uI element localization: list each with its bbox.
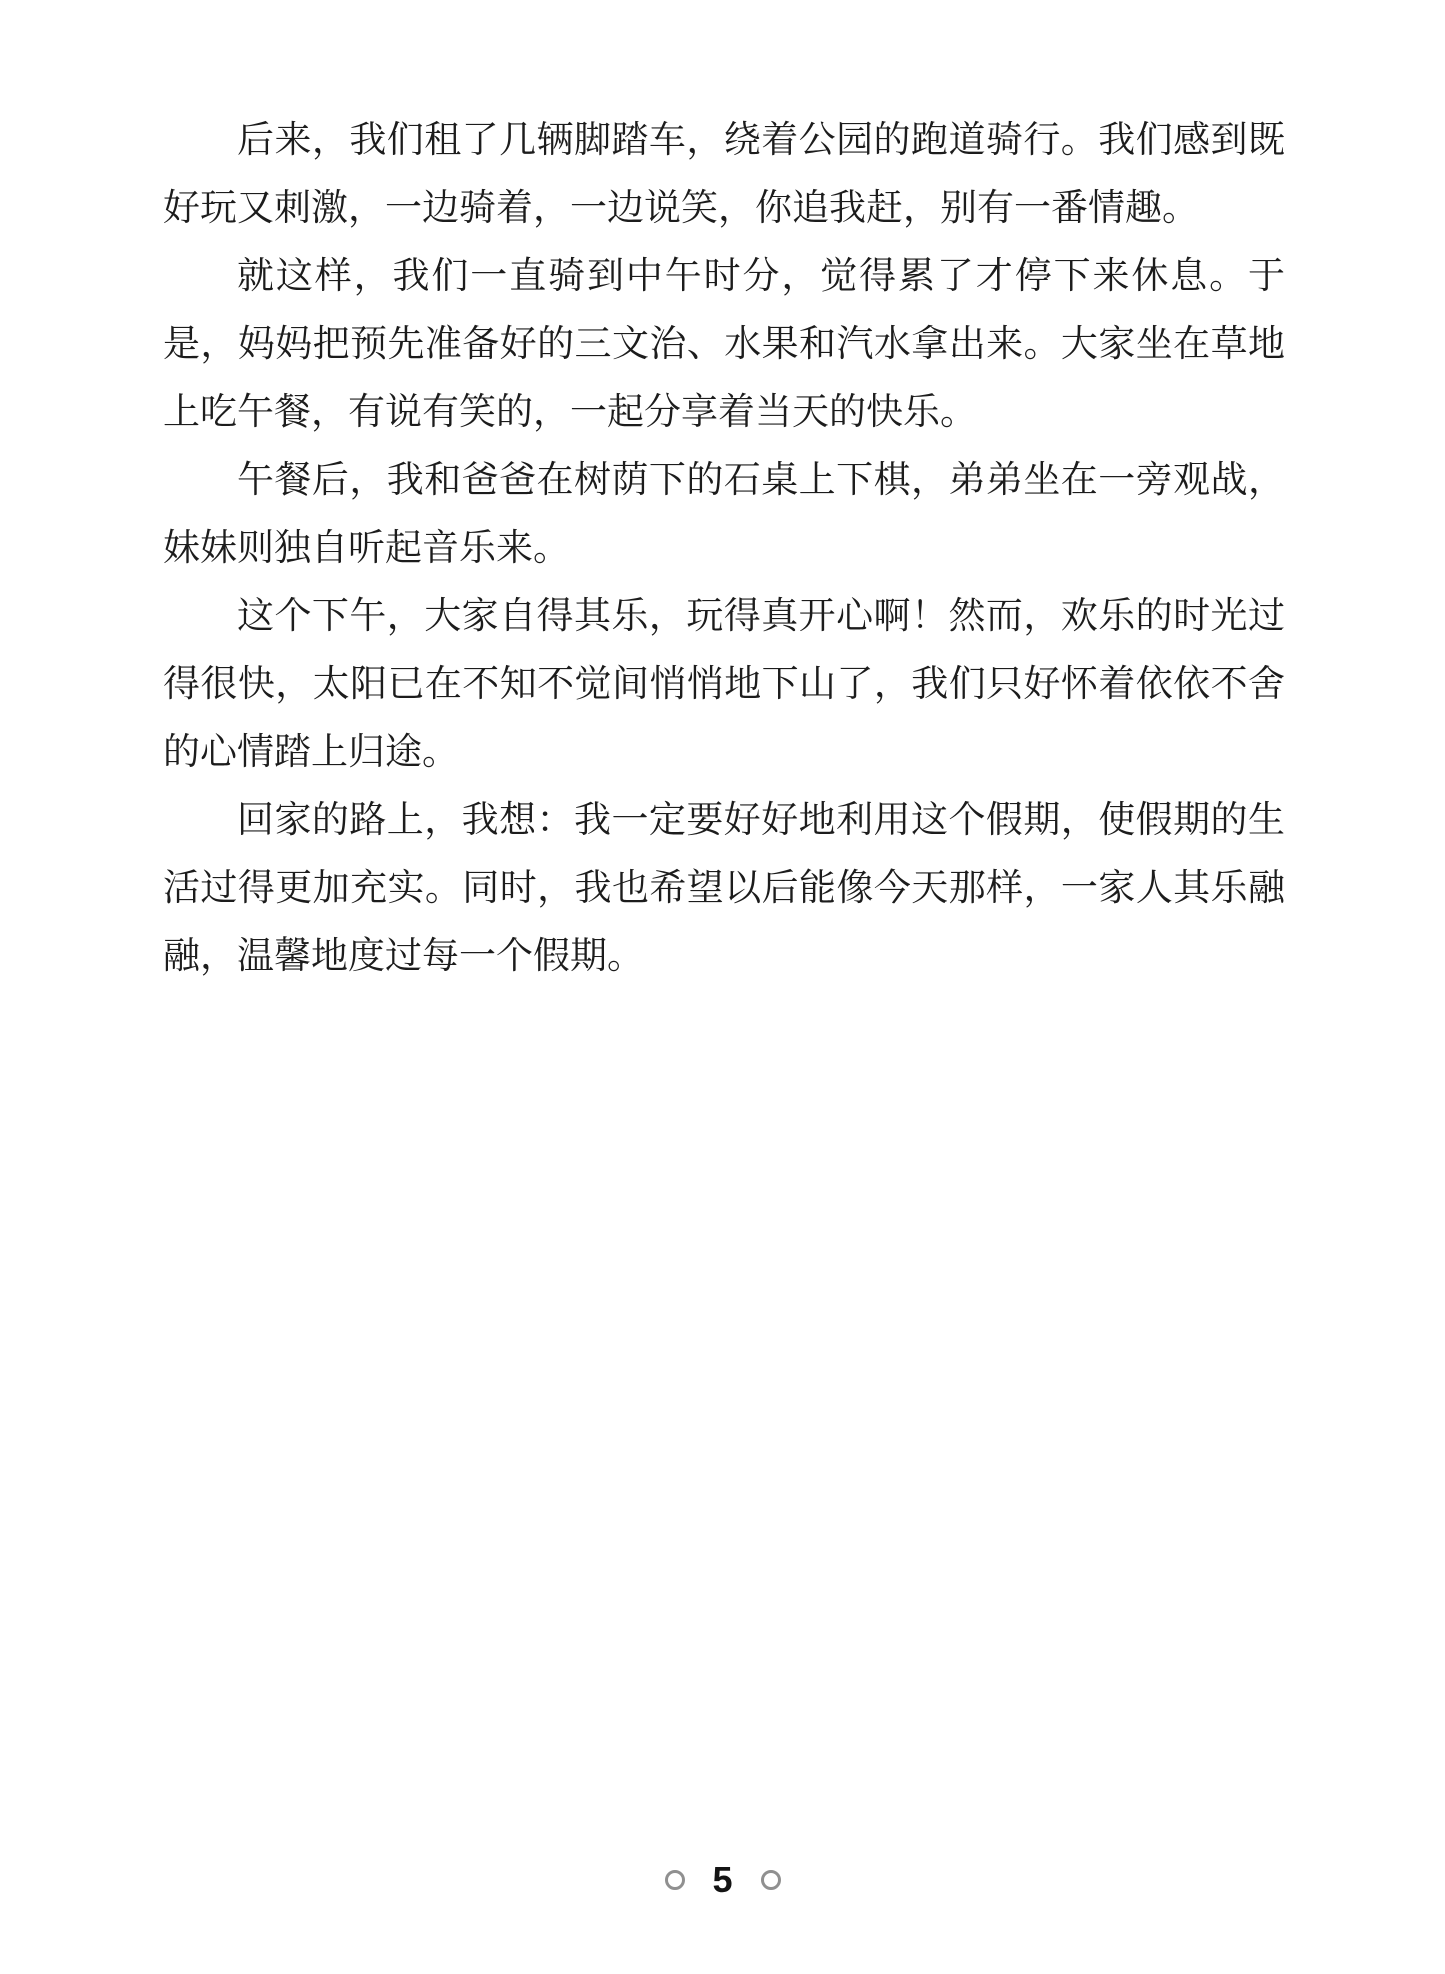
essay-paragraph: 后来，我们租了几辆脚踏车，绕着公园的跑道骑行。我们感到既好玩又刺激，一边骑着，一… [163, 106, 1285, 242]
document-page: 后来，我们租了几辆脚踏车，绕着公园的跑道骑行。我们感到既好玩又刺激，一边骑着，一… [0, 0, 1445, 1974]
page-footer: 5 [0, 1854, 1445, 1906]
essay-paragraph: 这个下午，大家自得其乐，玩得真开心啊！然而，欢乐的时光过得很快，太阳已在不知不觉… [163, 582, 1285, 786]
page-number: 5 [711, 1862, 735, 1898]
essay-paragraph: 回家的路上，我想：我一定要好好地利用这个假期，使假期的生活过得更加充实。同时，我… [163, 786, 1285, 990]
essay-paragraph: 午餐后，我和爸爸在树荫下的石桌上下棋，弟弟坐在一旁观战，妹妹则独自听起音乐来。 [163, 446, 1285, 582]
essay-body: 后来，我们租了几辆脚踏车，绕着公园的跑道骑行。我们感到既好玩又刺激，一边骑着，一… [163, 106, 1285, 990]
footer-right-circle-icon [761, 1870, 781, 1890]
essay-paragraph: 就这样，我们一直骑到中午时分，觉得累了才停下来休息。于是，妈妈把预先准备好的三文… [163, 242, 1285, 446]
footer-left-circle-icon [665, 1870, 685, 1890]
